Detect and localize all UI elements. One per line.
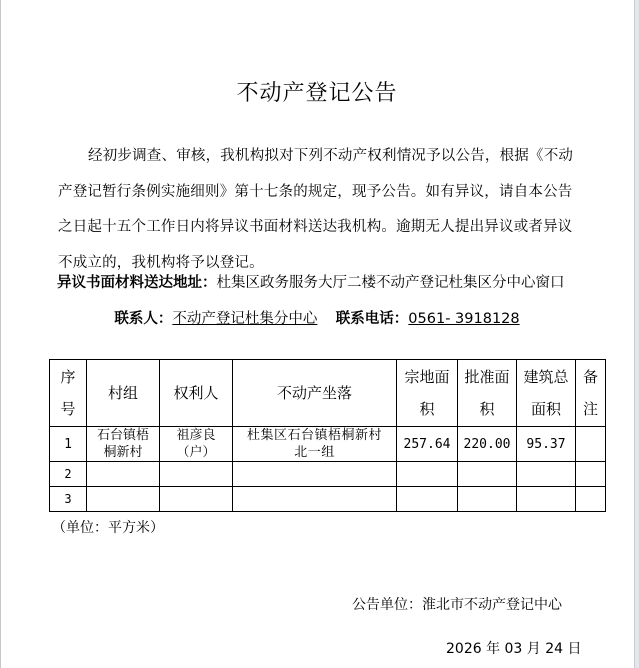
cell-no: 1: [50, 427, 87, 462]
header-no: 序号: [50, 360, 87, 427]
cell-land-area: 257.64: [397, 427, 458, 462]
table-row: 3: [50, 487, 606, 512]
scrollbar-track[interactable]: [634, 0, 639, 668]
cell-village: 石台镇梧桐新村: [87, 427, 160, 462]
cell-remark: [576, 487, 606, 512]
cell-approved-area: 220.00: [458, 427, 517, 462]
notice-paragraph: 经初步调查、审核，我机构拟对下列不动产权利情况予以公告，根据《不动产登记暂行条例…: [58, 139, 578, 281]
cell-remark: [576, 462, 606, 487]
cell-location: [233, 487, 397, 512]
issuer-line: 公告单位：淮北市不动产登记中心: [352, 594, 562, 614]
cell-no: 2: [50, 462, 87, 487]
cell-approved-area: [458, 462, 517, 487]
address-value: 杜集区政务服务大厅二楼不动产登记杜集区分中心窗口: [217, 275, 565, 291]
header-building-area: 建筑总面积: [517, 360, 576, 427]
table-row: 1 石台镇梧桐新村 祖彦良（户） 杜集区石台镇梧桐新村北一组 257.64 22…: [50, 427, 606, 462]
cell-village: [87, 462, 160, 487]
contact-person-value: 不动产登记杜集分中心: [172, 311, 317, 327]
cell-holder: [160, 462, 233, 487]
cell-building-area: [517, 462, 576, 487]
cell-location: 杜集区石台镇梧桐新村北一组: [233, 427, 397, 462]
header-village: 村组: [87, 360, 160, 427]
cell-approved-area: [458, 487, 517, 512]
page-title: 不动产登记公告: [0, 76, 634, 107]
cell-remark: [576, 427, 606, 462]
header-holder: 权利人: [160, 360, 233, 427]
cell-holder: [160, 487, 233, 512]
address-label: 异议书面材料送达地址：: [57, 275, 217, 291]
cell-holder: 祖彦良（户）: [160, 427, 233, 462]
cell-land-area: [397, 462, 458, 487]
contact-line: 联系人：不动产登记杜集分中心 联系电话：0561- 3918128: [0, 307, 634, 328]
objection-address: 异议书面材料送达地址：杜集区政务服务大厅二楼不动产登记杜集区分中心窗口: [57, 271, 565, 292]
header-location: 不动产坐落: [233, 360, 397, 427]
header-remark: 备注: [576, 360, 606, 427]
contact-person-label: 联系人：: [114, 311, 172, 327]
table-header-row: 序号 村组 权利人 不动产坐落 宗地面积 批准面积 建筑总面积 备注: [50, 360, 606, 427]
header-approved-area: 批准面积: [458, 360, 517, 427]
cell-land-area: [397, 487, 458, 512]
property-table: 序号 村组 权利人 不动产坐落 宗地面积 批准面积 建筑总面积 备注 1 石台镇…: [49, 359, 606, 512]
contact-phone-value: 0561- 3918128: [408, 311, 519, 327]
cell-location: [233, 462, 397, 487]
table-row: 2: [50, 462, 606, 487]
cell-no: 3: [50, 487, 87, 512]
unit-note: （单位：平方米）: [52, 517, 164, 537]
cell-building-area: 95.37: [517, 427, 576, 462]
contact-phone-label: 联系电话：: [336, 311, 409, 327]
cell-building-area: [517, 487, 576, 512]
cell-village: [87, 487, 160, 512]
header-land-area: 宗地面积: [397, 360, 458, 427]
notice-date: 2026 年 03 月 24 日: [446, 638, 582, 658]
